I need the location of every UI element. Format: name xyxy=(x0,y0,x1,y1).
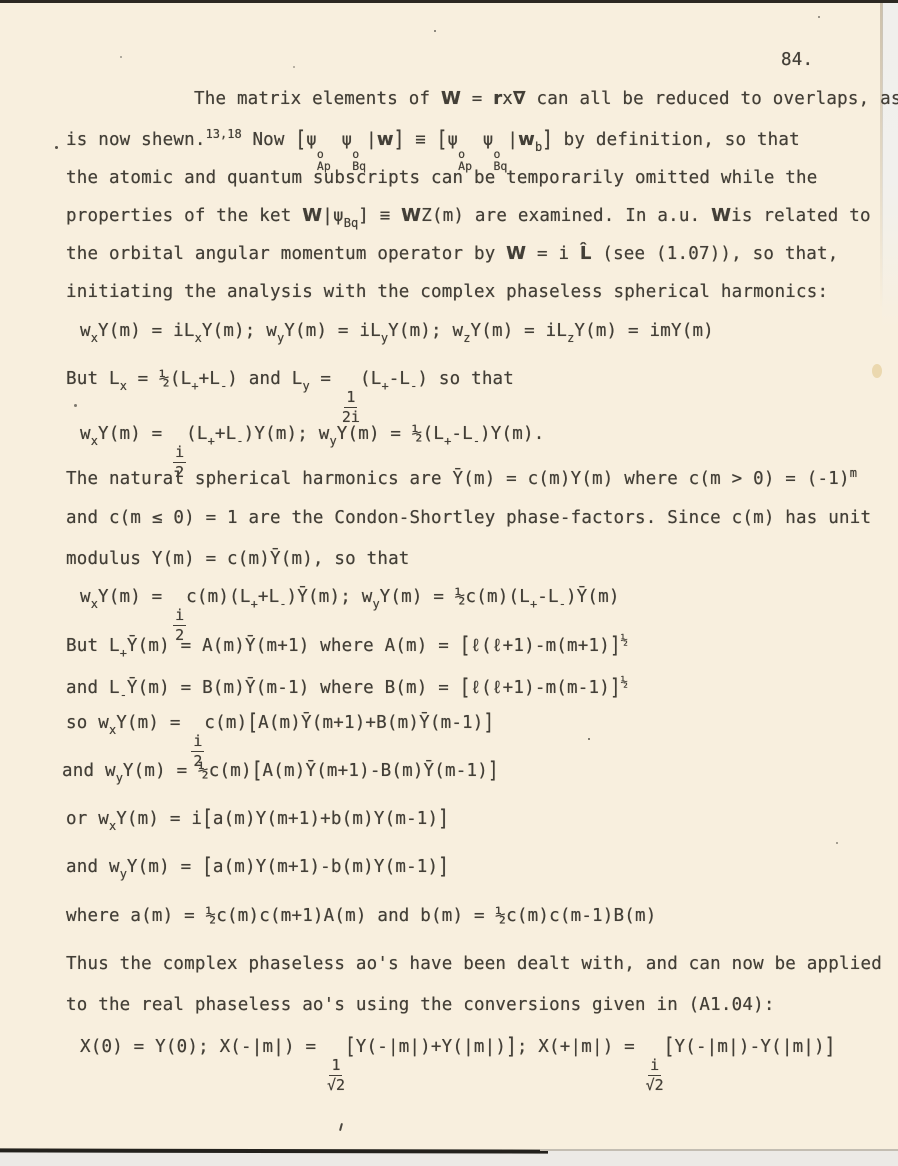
text-line: the atomic and quantum subscripts can be… xyxy=(66,168,818,188)
equation-line: where a(m) = ½c(m)c(m+1)A(m) and b(m) = … xyxy=(66,906,656,926)
stray-mark xyxy=(339,1123,343,1131)
paper-speck xyxy=(293,66,295,68)
text-line: is now shewn.13,18 Now [ψoAp ψoBq|w] ≡ [… xyxy=(66,127,800,172)
equation-line: But L+Ȳ(m) = A(m)Ȳ(m+1) where A(m) = [… xyxy=(66,633,628,660)
paper-bottom-edge xyxy=(540,1149,898,1151)
equation-line: X(0) = Y(0); X(-|m|) = 1√2[Y(-|m|)+Y(|m|… xyxy=(80,1037,836,1094)
text-line: Thus the complex phaseless ao's have bee… xyxy=(66,954,882,974)
paper-speck xyxy=(588,738,590,740)
paper-speck xyxy=(818,16,820,18)
paper-smudge xyxy=(872,364,882,378)
equation-line: But Lx = ½(L++L-) and Ly = 12i(L+-L-) so… xyxy=(66,369,514,426)
text-line: The matrix elements of W = rx∇ can all b… xyxy=(194,88,898,109)
text-line: modulus Y(m) = c(m)Ȳ(m), so that xyxy=(66,549,410,569)
equation-line: wxY(m) = iLxY(m); wyY(m) = iLyY(m); wzY(… xyxy=(80,321,714,345)
text-line: the orbital angular momentum operator by… xyxy=(66,243,839,264)
equation-line: and wyY(m) = ½c(m)[A(m)Ȳ(m+1)-B(m)Ȳ(m-… xyxy=(62,761,499,785)
text-line: properties of the ket W|ψBq] ≡ WZ(m) are… xyxy=(66,205,871,230)
paper-speck xyxy=(434,30,436,32)
text-line: initiating the analysis with the complex… xyxy=(66,282,828,302)
equation-line: and L-Ȳ(m) = B(m)Ȳ(m-1) where B(m) = [… xyxy=(66,675,628,702)
scan-background-right xyxy=(882,0,898,330)
equation-line: or wxY(m) = i[a(m)Y(m+1)+b(m)Y(m-1)] xyxy=(66,809,449,833)
paper-speck xyxy=(836,842,838,844)
paper-right-edge xyxy=(880,0,883,310)
text-line: and c(m ≤ 0) = 1 are the Condon-Shortley… xyxy=(66,508,871,528)
paper-speck xyxy=(55,146,58,149)
text-line: The natural spherical harmonics are Ȳ(m… xyxy=(66,466,857,489)
text-line: to the real phaseless ao's using the con… xyxy=(66,995,775,1015)
equation-line: and wyY(m) = [a(m)Y(m+1)-b(m)Y(m-1)] xyxy=(66,857,449,881)
page-number: 84. xyxy=(781,50,813,70)
paper-speck xyxy=(120,56,122,58)
scan-border-top xyxy=(0,0,898,3)
scanned-page: 84. The matrix elements of W = rx∇ can a… xyxy=(0,0,898,1152)
